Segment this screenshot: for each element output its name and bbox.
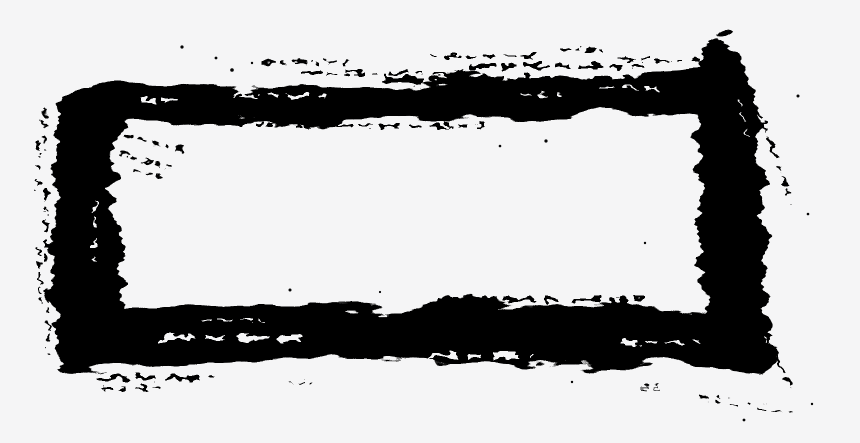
streak	[700, 397, 792, 413]
speckle	[571, 381, 573, 383]
streak	[762, 122, 788, 188]
speckle	[644, 242, 646, 244]
grunge-frame-graphic	[0, 0, 860, 443]
speckle	[180, 45, 183, 48]
left-edge-streaks	[38, 108, 48, 352]
bottom-edge-streaks	[95, 378, 792, 413]
speckle	[807, 213, 810, 216]
speckle	[499, 145, 502, 148]
frame-ring-path	[53, 40, 772, 372]
speckle	[379, 291, 381, 293]
speckle	[743, 419, 746, 422]
frame-ring	[53, 38, 772, 372]
speckle	[230, 68, 234, 72]
streak	[124, 134, 182, 150]
brush-stroke-frame-svg	[0, 0, 860, 443]
speckle	[215, 57, 218, 60]
speckle	[251, 62, 253, 64]
inner-corner-texture	[120, 124, 642, 300]
speckle	[811, 403, 813, 405]
streak	[120, 154, 172, 168]
speckle	[544, 139, 547, 142]
speckle	[797, 95, 800, 98]
speckle	[289, 289, 292, 292]
top-right-blob	[700, 38, 745, 92]
streak	[136, 170, 168, 177]
